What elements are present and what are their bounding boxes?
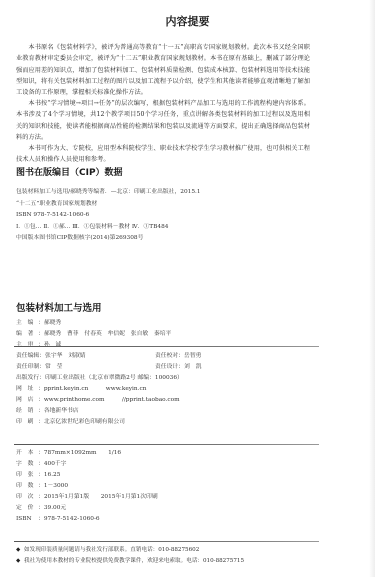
publisher-row: 经 销：各地新华书店: [16, 406, 316, 417]
cip-data: 包装材料加工与选用/郝晓秀等编著．—北京：印刷工业出版社，2015.1 “十二五…: [16, 187, 316, 245]
cip-heading: 图书在版编目（CIP）数据: [16, 165, 123, 178]
publisher-row: 网 店：www.printhome.com //pprint.taobao.co…: [16, 395, 316, 406]
spec-value: 2015年1月第1版 2015年1月第1次印刷: [44, 492, 158, 503]
divider: [14, 346, 319, 347]
online-store-links[interactable]: www.printhome.com //pprint.taobao.com: [44, 395, 180, 406]
summary-paragraph-1: 本书原名《包装材料学》，被评为普通高等教育“十一五”高职高专国家规划教材。此次本…: [16, 42, 310, 98]
note-text: 我社为使用本教材的专业院校提供免费教学课件，欢迎来电索取。电话：010-8827…: [24, 556, 244, 567]
spec-label: 定 价: [16, 503, 38, 514]
publisher-label: 网 址: [16, 384, 38, 395]
spec-value: 400千字: [44, 459, 67, 470]
spec-value: 787mm×1092mm 1/16: [44, 448, 121, 459]
staff-value: 岳智勇: [184, 353, 201, 359]
summary-title: 内容提要: [0, 13, 375, 29]
publisher-row: 印 刷：北京亿浓世纪彩色印刷有限公司: [16, 417, 316, 428]
summary-paragraph-3: 本书可作为大、专院校，应用型本科院校学生、职业技术学校学生学习教材推广使用，也可…: [16, 143, 310, 165]
spec-value: 39.00元: [44, 503, 66, 514]
publisher-value: 北京亿浓世纪彩色印刷有限公司: [44, 417, 125, 428]
publisher-label: 出版发行: [16, 373, 39, 384]
spec-label: 印 张: [16, 470, 38, 481]
spec-label: ISBN: [16, 514, 38, 525]
spec-row: ISBN：978-7-5142-1060-6: [16, 514, 316, 525]
publisher-label: 经 销: [16, 406, 38, 417]
staff-label: 责任印制: [16, 362, 39, 373]
spec-row: 定 价：39.00元: [16, 503, 316, 514]
staff-value: 张宇华 刘淑婧: [45, 353, 86, 359]
staff-value: 刘 凯: [184, 364, 201, 370]
cip-line: Ⅰ．①包… Ⅱ．①郝… Ⅲ．①包装材料－教材 Ⅳ．①TB484: [16, 222, 316, 234]
publisher-row: 网 址：pprint.keyin.cn www.keyin.cn: [16, 384, 316, 395]
credit-row: 编 著：郝晓秀 曹菲 付春英 牟信妮 张自敏 秦培平: [16, 329, 316, 340]
spec-row: 印 张：16.25: [16, 470, 316, 481]
staff-label: 责任校对: [155, 351, 178, 362]
website-links[interactable]: pprint.keyin.cn www.keyin.cn: [44, 384, 147, 395]
credit-value: 郝晓秀 曹菲 付春英 牟信妮 张自敏 秦培平: [44, 329, 172, 340]
book-title: 包装材料加工与选用: [16, 300, 102, 314]
book-specs: 开 本：787mm×1092mm 1/16 字 数：400千字 印 张：16.2…: [16, 448, 316, 525]
credit-label: 编 著: [16, 329, 38, 340]
staff-and-publisher: 责任编辑：张宇华 刘淑婧 责任校对：岳智勇 责任印制：常 莹 责任设计：刘 凯 …: [16, 351, 316, 428]
spec-label: 开 本: [16, 448, 38, 459]
spec-label: 印 数: [16, 481, 38, 492]
publisher-label: 网 店: [16, 395, 38, 406]
cip-line: 中国版本图书馆CIP数据核字(2014)第269308号: [16, 233, 316, 245]
credit-row: 主 编：郝晓秀: [16, 318, 316, 329]
cip-line: ISBN 978-7-5142-1060-6: [16, 210, 316, 222]
divider: [14, 444, 319, 445]
publisher-label: 印 刷: [16, 417, 38, 428]
staff-label: 责任编辑: [16, 351, 39, 362]
diamond-bullet-icon: ◆: [16, 556, 24, 567]
staff-value: 常 莹: [45, 364, 62, 370]
spec-row: 开 本：787mm×1092mm 1/16: [16, 448, 316, 459]
spec-value: 16.25: [44, 470, 61, 481]
publisher-row: 出版发行：印刷工业出版社（北京市翠微路2号 邮编：100036）: [16, 373, 316, 384]
spec-row: 印 数：1－3000: [16, 481, 316, 492]
notes: ◆如发现印装质量问题请与我社发行部联系。直销电话：010-88275602 ◆我…: [16, 545, 316, 567]
note-text: 如发现印装质量问题请与我社发行部联系。直销电话：010-88275602: [24, 545, 199, 556]
credit-value: 郝晓秀: [44, 318, 61, 329]
spec-label: 印 次: [16, 492, 38, 503]
staff-row: 责任印制：常 莹 责任设计：刘 凯: [16, 362, 316, 373]
publisher-value: 印刷工业出版社（北京市翠微路2号 邮编：100036）: [45, 373, 183, 384]
spec-row: 字 数：400千字: [16, 459, 316, 470]
page-edge: [369, 0, 375, 577]
note-item: ◆我社为使用本教材的专业院校提供免费教学课件，欢迎来电索取。电话：010-882…: [16, 556, 316, 567]
cip-line: “十二五”职业教育国家规划教材: [16, 199, 316, 211]
spec-row: 印 次：2015年1月第1版 2015年1月第1次印刷: [16, 492, 316, 503]
spec-value: 1－3000: [44, 481, 68, 492]
staff-label: 责任设计: [155, 362, 178, 373]
publisher-value: 各地新华书店: [44, 406, 79, 417]
staff-row: 责任编辑：张宇华 刘淑婧 责任校对：岳智勇: [16, 351, 316, 362]
credit-label: 主 编: [16, 318, 38, 329]
cip-line: 包装材料加工与选用/郝晓秀等编著．—北京：印刷工业出版社，2015.1: [16, 187, 316, 199]
isbn-value: 978-7-5142-1060-6: [44, 514, 100, 525]
divider: [14, 541, 319, 542]
diamond-bullet-icon: ◆: [16, 545, 24, 556]
spec-label: 字 数: [16, 459, 38, 470]
note-item: ◆如发现印装质量问题请与我社发行部联系。直销电话：010-88275602: [16, 545, 316, 556]
summary-paragraph-2: 本书按“学习情境→项目→任务”的层次编写，根据包装材料产品加工与选用的工作流程构…: [16, 98, 310, 143]
